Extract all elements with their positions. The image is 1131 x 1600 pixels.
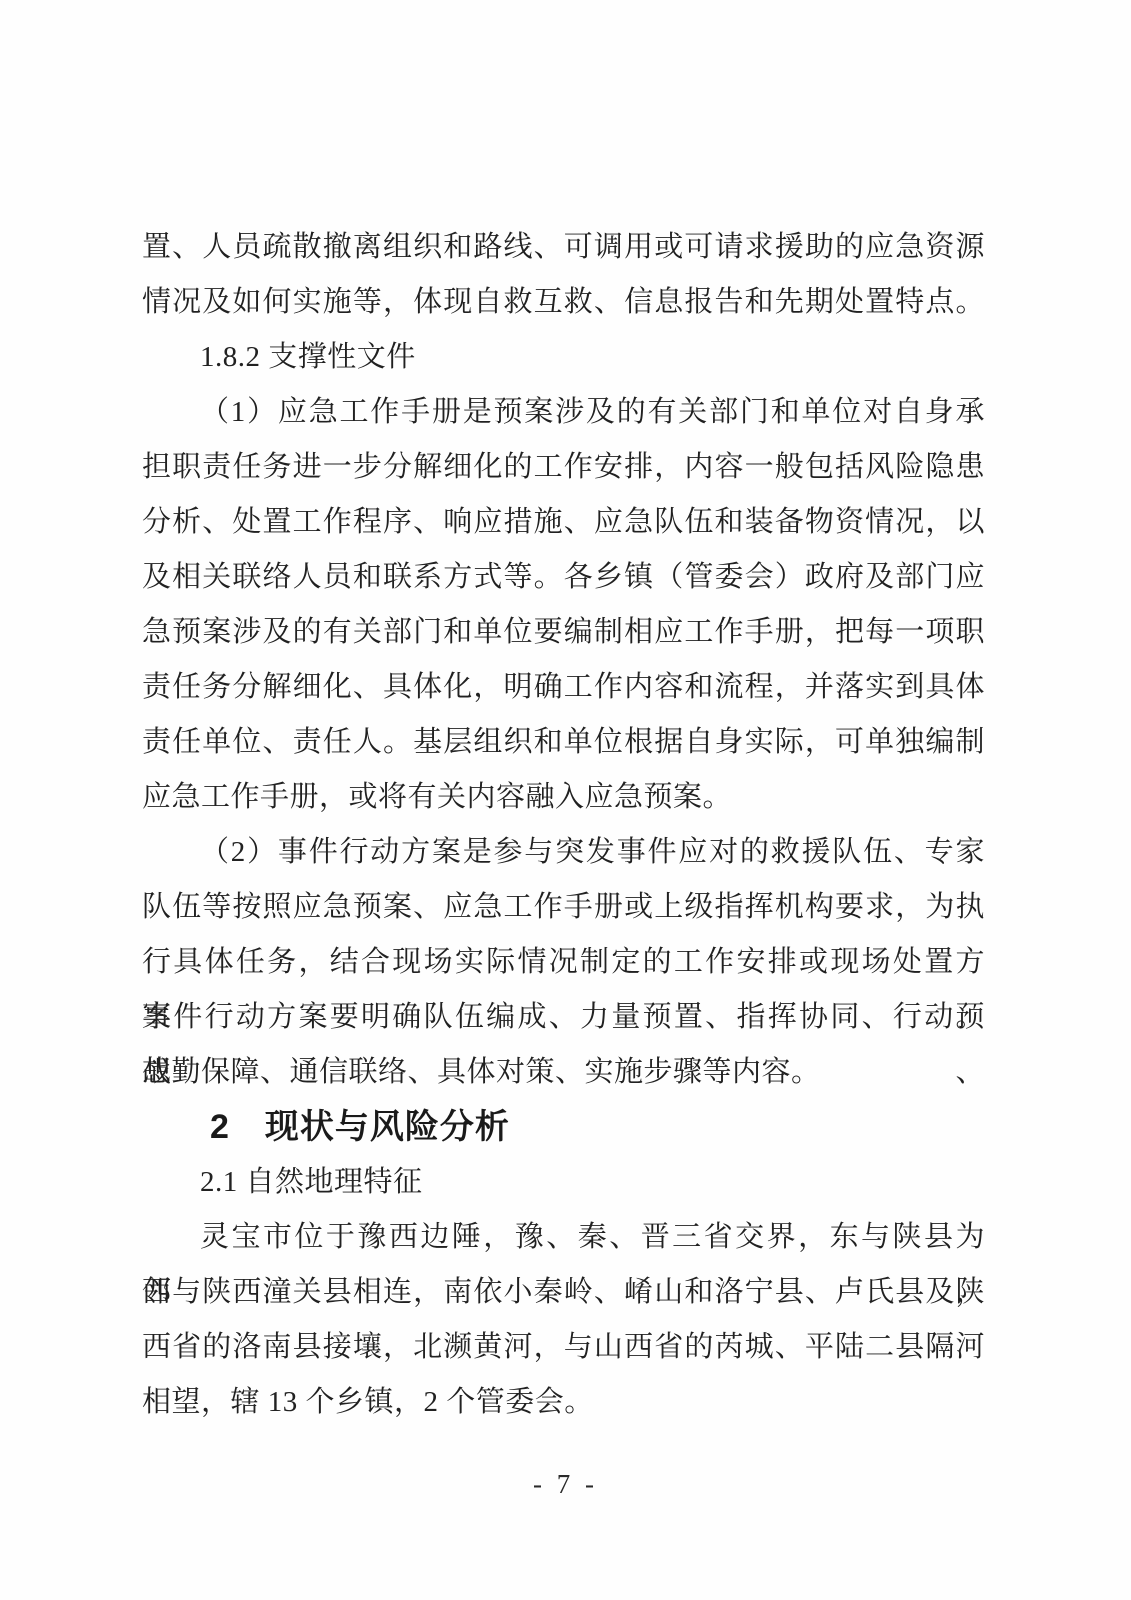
body-line: 灵宝市位于豫西边陲，豫、秦、晋三省交界，东与陕县为邻， [142, 1210, 985, 1265]
body-line: 行具体任务，结合现场实际情况制定的工作安排或现场处置方案。 [142, 935, 985, 990]
document-body: 置、人员疏散撤离组织和路线、可调用或可请求援助的应急资源 情况及如何实施等，体现… [142, 220, 985, 1430]
subsection-heading-2-1: 2.1 自然地理特征 [142, 1155, 985, 1210]
body-line: 分析、处置工作程序、响应措施、应急队伍和装备物资情况，以 [142, 495, 985, 550]
heading-1-8-2: 1.8.2 支撑性文件 [142, 330, 985, 385]
body-line: （1）应急工作手册是预案涉及的有关部门和单位对自身承 [142, 385, 985, 440]
body-line: 西与陕西潼关县相连，南依小秦岭、崤山和洛宁县、卢氏县及陕 [142, 1265, 985, 1320]
body-line: 情况及如何实施等，体现自救互救、信息报告和先期处置特点。 [142, 275, 985, 330]
page-number: - 7 - [0, 1462, 1131, 1507]
section-heading-2: 2 现状与风险分析 [142, 1100, 985, 1155]
body-line: 及相关联络人员和联系方式等。各乡镇（管委会）政府及部门应 [142, 550, 985, 605]
body-line: 队伍等按照应急预案、应急工作手册或上级指挥机构要求，为执 [142, 880, 985, 935]
body-line: 责任单位、责任人。基层组织和单位根据自身实际，可单独编制 [142, 715, 985, 770]
body-line: 担职责任务进一步分解细化的工作安排，内容一般包括风险隐患 [142, 440, 985, 495]
body-line: 责任务分解细化、具体化，明确工作内容和流程，并落实到具体 [142, 660, 985, 715]
body-line: 事件行动方案要明确队伍编成、力量预置、指挥协同、行动预想、 [142, 990, 985, 1045]
body-line: 相望，辖 13 个乡镇，2 个管委会。 [142, 1375, 985, 1430]
body-line: 西省的洛南县接壤，北濒黄河，与山西省的芮城、平陆二县隔河 [142, 1320, 985, 1375]
body-line: （2）事件行动方案是参与突发事件应对的救援队伍、专家 [142, 825, 985, 880]
document-page: 置、人员疏散撤离组织和路线、可调用或可请求援助的应急资源 情况及如何实施等，体现… [0, 0, 1131, 1600]
body-line: 急预案涉及的有关部门和单位要编制相应工作手册，把每一项职 [142, 605, 985, 660]
body-line: 置、人员疏散撤离组织和路线、可调用或可请求援助的应急资源 [142, 220, 985, 275]
body-line: 应急工作手册，或将有关内容融入应急预案。 [142, 770, 985, 825]
